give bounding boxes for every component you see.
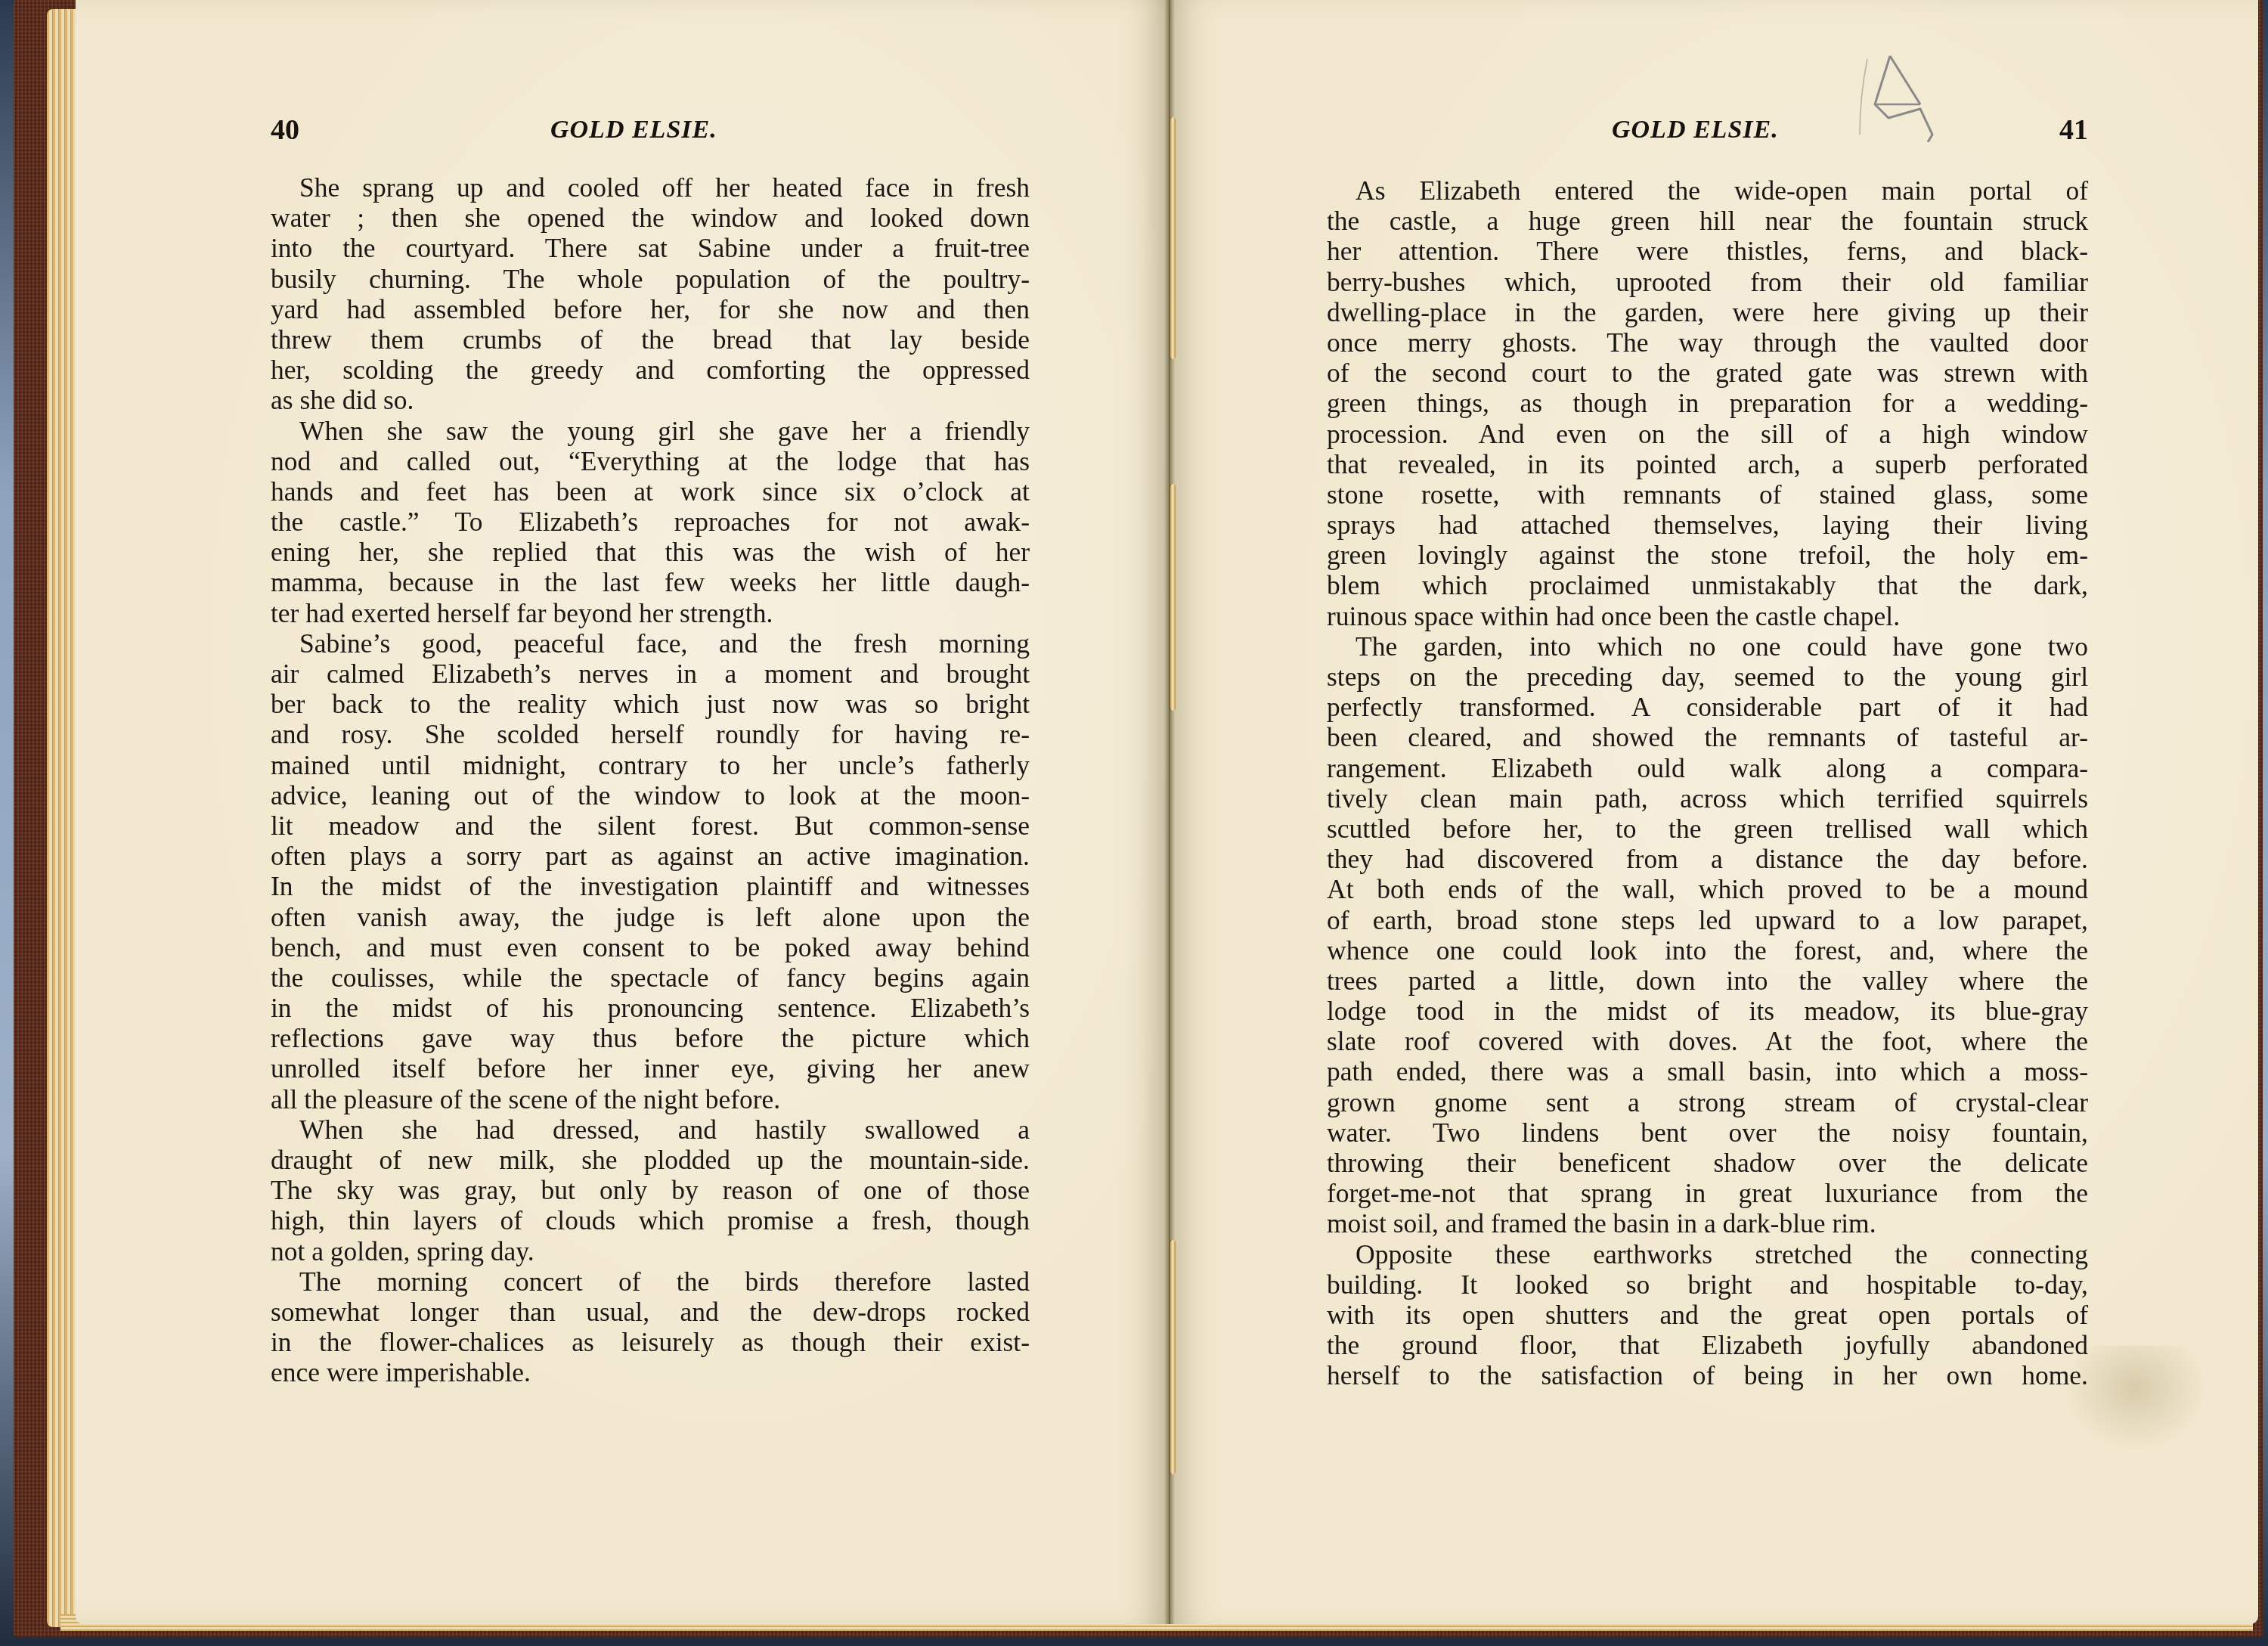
- text-line: into the courtyard. There sat Sabine und…: [271, 233, 1030, 263]
- text-line: air calmed Elizabeth’s nerves in a momen…: [271, 659, 1030, 689]
- right-page-body: As Elizabeth entered the wide-open main …: [1327, 175, 2088, 1391]
- text-line: She sprang up and cooled off her heated …: [271, 172, 1030, 203]
- text-line: forget-me-not that sprang in great luxur…: [1327, 1178, 2088, 1208]
- text-line: of earth, broad stone steps led upward t…: [1327, 905, 2088, 935]
- text-line: The sky was gray, but only by reason of …: [271, 1175, 1030, 1205]
- text-line: in the flower-chalices as leisurely as t…: [271, 1327, 1030, 1357]
- text-line: herself to the satisfaction of being in …: [1327, 1360, 2088, 1390]
- text-line: Sabine’s good, peaceful face, and the fr…: [271, 628, 1030, 659]
- text-line: When she had dressed, and hastily swallo…: [271, 1114, 1030, 1145]
- text-line: As Elizabeth entered the wide-open main …: [1327, 175, 2088, 206]
- text-line: stone rosette, with remnants of stained …: [1327, 479, 2088, 510]
- text-line: in the midst of his pronouncing sentence…: [271, 993, 1030, 1023]
- text-line: often plays a sorry part as against an a…: [271, 841, 1030, 871]
- text-line: ening her, she replied that this was the…: [271, 537, 1030, 567]
- text-line: perfectly transformed. A considerable pa…: [1327, 692, 2088, 722]
- text-line: The garden, into which no one could have…: [1327, 631, 2088, 662]
- binding-thread: [1170, 1240, 1176, 1474]
- text-line: lodge tood in the midst of its meadow, i…: [1327, 996, 2088, 1026]
- text-line: her, scolding the greedy and comforting …: [271, 355, 1030, 385]
- text-line: tively clean main path, across which ter…: [1327, 783, 2088, 814]
- running-head-title: GOLD ELSIE.: [1612, 115, 1779, 145]
- text-line: ence were imperishable.: [271, 1357, 1030, 1387]
- text-line: the castle, a huge green hill near the f…: [1327, 206, 2088, 236]
- left-page-body: She sprang up and cooled off her heated …: [271, 172, 1030, 1388]
- text-line: all the pleasure of the scene of the nig…: [271, 1084, 1030, 1114]
- text-line: her attention. There were thistles, fern…: [1327, 236, 2088, 266]
- text-line: ter had exerted herself far beyond her s…: [271, 598, 1030, 628]
- text-line: slate roof covered with doves. At the fo…: [1327, 1026, 2088, 1056]
- text-line: draught of new milk, she plodded up the …: [271, 1145, 1030, 1175]
- text-line: ber back to the reality which just now w…: [271, 689, 1030, 719]
- text-line: grown gnome sent a strong stream of crys…: [1327, 1087, 2088, 1117]
- text-line: reflections gave way thus before the pic…: [271, 1023, 1030, 1053]
- page-number: 40: [271, 115, 299, 145]
- text-line: When she saw the young girl she gave her…: [271, 416, 1030, 446]
- text-line: green things, as though in preparation f…: [1327, 388, 2088, 418]
- text-line: advice, leaning out of the window to loo…: [271, 780, 1030, 811]
- text-line: rangement. Elizabeth ould walk along a c…: [1327, 753, 2088, 783]
- text-line: unrolled itself before her inner eye, gi…: [271, 1053, 1030, 1083]
- text-line: path ended, there was a small basin, int…: [1327, 1056, 2088, 1086]
- text-line: the ground floor, that Elizabeth joyfull…: [1327, 1330, 2088, 1360]
- text-line: and rosy. She scolded herself roundly fo…: [271, 719, 1030, 749]
- text-line: throwing their beneficent shadow over th…: [1327, 1148, 2088, 1178]
- page-number: 41: [2059, 115, 2088, 145]
- text-line: At both ends of the wall, which proved t…: [1327, 874, 2088, 904]
- text-line: dwelling-place in the garden, were here …: [1327, 297, 2088, 327]
- text-line: mamma, because in the last few weeks her…: [271, 567, 1030, 597]
- text-line: whence one could look into the forest, a…: [1327, 935, 2088, 966]
- text-line: berry-bushes which, uprooted from their …: [1327, 267, 2088, 297]
- text-line: often vanish away, the judge is left alo…: [271, 902, 1030, 932]
- text-line: somewhat longer than usual, and the dew-…: [271, 1297, 1030, 1327]
- text-line: hands and feet has been at work since si…: [271, 476, 1030, 507]
- text-line: threw them crumbs of the bread that lay …: [271, 324, 1030, 355]
- running-head-title: GOLD ELSIE.: [550, 115, 717, 145]
- text-line: the castle.” To Elizabeth’s reproaches f…: [271, 507, 1030, 537]
- text-line: blem which proclaimed unmistakably that …: [1327, 570, 2088, 600]
- text-line: with its open shutters and the great ope…: [1327, 1300, 2088, 1330]
- text-line: nod and called out, “Everything at the l…: [271, 446, 1030, 476]
- text-line: procession. And even on the sill of a hi…: [1327, 419, 2088, 449]
- text-line: trees parted a little, down into the val…: [1327, 966, 2088, 996]
- text-line: building. It looked so bright and hospit…: [1327, 1269, 2088, 1300]
- pencil-triangle-icon: [1845, 51, 1943, 142]
- text-line: busily churning. The whole population of…: [271, 264, 1030, 294]
- text-line: yard had assembled before her, for she n…: [271, 294, 1030, 324]
- binding-thread: [1170, 484, 1176, 711]
- text-line: mained until midnight, contrary to her u…: [271, 750, 1030, 780]
- text-line: bench, and must even consent to be poked…: [271, 932, 1030, 962]
- text-line: steps on the preceding day, seemed to th…: [1327, 662, 2088, 692]
- text-line: moist soil, and framed the basin in a da…: [1327, 1208, 2088, 1238]
- text-line: the coulisses, while the spectacle of fa…: [271, 962, 1030, 993]
- text-line: been cleared, and showed the remnants of…: [1327, 722, 2088, 752]
- text-line: of the second court to the grated gate w…: [1327, 358, 2088, 388]
- text-line: The morning concert of the birds therefo…: [271, 1266, 1030, 1297]
- text-line: lit meadow and the silent forest. But co…: [271, 811, 1030, 841]
- text-line: high, thin layers of clouds which promis…: [271, 1205, 1030, 1235]
- text-line: Opposite these earthworks stretched the …: [1327, 1239, 2088, 1269]
- text-line: green lovingly against the stone trefoil…: [1327, 540, 2088, 570]
- text-line: that revealed, in its pointed arch, a su…: [1327, 449, 2088, 479]
- text-line: sprays had attached themselves, laying t…: [1327, 510, 2088, 540]
- text-line: water ; then she opened the window and l…: [271, 203, 1030, 233]
- text-line: not a golden, spring day.: [271, 1236, 1030, 1266]
- text-line: once merry ghosts. The way through the v…: [1327, 327, 2088, 358]
- text-line: In the midst of the investigation plaint…: [271, 871, 1030, 901]
- binding-thread: [1170, 117, 1176, 359]
- text-line: they had discovered from a distance the …: [1327, 844, 2088, 874]
- text-line: ruinous space within had once been the c…: [1327, 601, 2088, 631]
- text-line: water. Two lindens bent over the noisy f…: [1327, 1117, 2088, 1148]
- text-line: scuttled before her, to the green trelli…: [1327, 814, 2088, 844]
- text-line: as she did so.: [271, 385, 1030, 415]
